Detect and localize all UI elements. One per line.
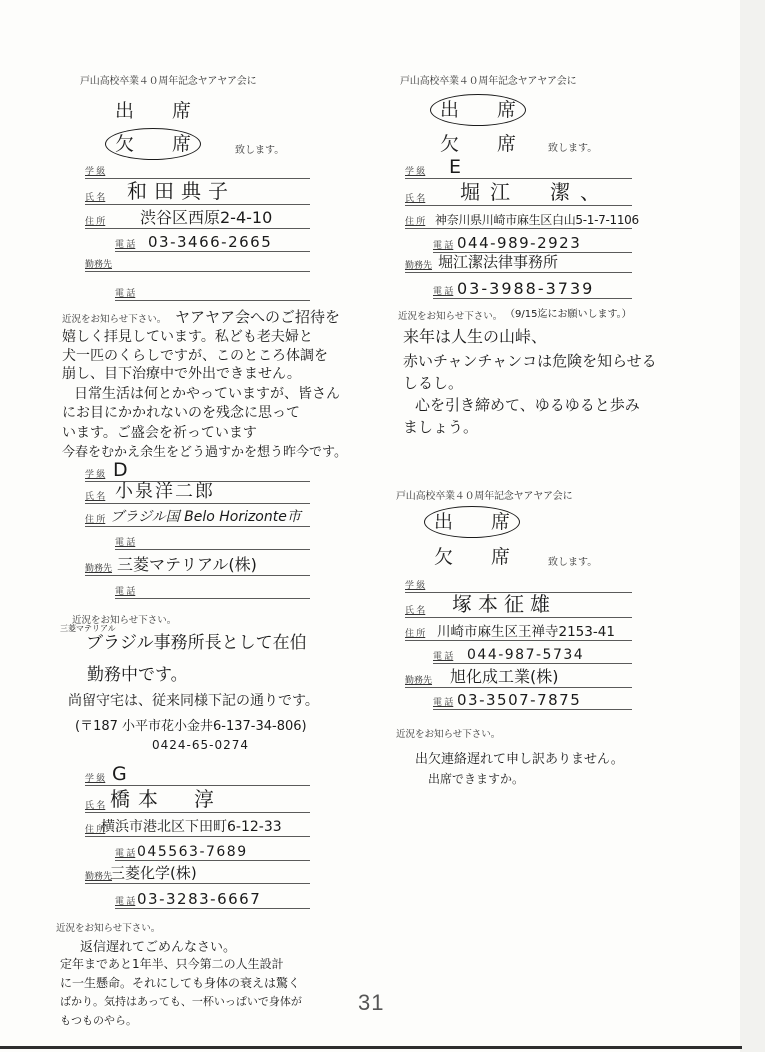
class-label: 学 級 (85, 467, 105, 480)
address-field[interactable]: 住 所 渋谷区西原2-4-10 (85, 206, 310, 229)
class-label: 学 級 (405, 164, 425, 177)
workplace-label: 勤務先 (85, 561, 112, 574)
workplace-label: 勤務先 (85, 869, 112, 882)
workplace-field[interactable]: 勤務先 堀江潔法律事務所 (405, 250, 632, 273)
news-line: 出席できますか。 (428, 770, 524, 787)
name-field[interactable]: 氏 名 和田典子 (85, 182, 310, 205)
workplace-label: 勤務先 (85, 257, 112, 270)
name-value: 和田典子 (127, 175, 235, 204)
address-value: 川崎市麻生区王禅寺2153-41 (437, 620, 615, 640)
work-phone-label: 電 話 (115, 894, 135, 907)
news-line: 崩し、目下治療中で外出できません。 (62, 363, 301, 383)
work-phone-label: 電 話 (433, 695, 453, 708)
attend-option[interactable]: 出 席 (424, 506, 520, 538)
class-label: 学 級 (405, 578, 425, 591)
name-label: 氏 名 (405, 603, 425, 616)
workplace-field[interactable]: 勤務先 三菱化学(株) (85, 861, 310, 884)
news-deadline-note: （9/15迄にお願いします。） (505, 305, 632, 320)
news-line: 赤いチャンチャンコは危険を知らせる (403, 350, 657, 371)
scan-bottom-edge (0, 1046, 742, 1049)
workplace-value: 三菱マテリアル(株) (117, 552, 257, 575)
workplace-value: 旭化成工業(株) (450, 664, 559, 687)
name-value: 塚本征雄 (452, 588, 556, 617)
news-line: 嬉しく拝見しています。私ども老夫婦と (62, 326, 313, 346)
news-prompt: 近況をお知らせ下さい。 (56, 920, 160, 934)
work-phone-label: 電 話 (115, 584, 135, 597)
phone-field[interactable]: 電 話 (115, 527, 310, 550)
news-line: 出欠連絡遅れて申し訳ありません。 (415, 748, 624, 767)
card-header: 戸山高校卒業４０周年記念ヤアヤア会に (400, 72, 576, 87)
news-line: 0424-65-0274 (152, 738, 249, 752)
news-line: 日常生活は何とかやっていますが、皆さん (74, 383, 340, 403)
news-line: います。ご盛会を祈っています (62, 422, 257, 442)
work-phone-value: 03-3507-7875 (457, 691, 581, 709)
address-label: 住 所 (405, 626, 425, 639)
attend-option[interactable]: 出 席 (430, 94, 526, 126)
work-phone-field[interactable]: 電 話 03-3507-7875 (433, 687, 632, 710)
name-value: 堀江 潔、 (460, 176, 610, 205)
phone-label: 電 話 (433, 649, 453, 662)
address-field[interactable]: 住 所 ブラジル国 Belo Horizonte市 (85, 504, 310, 527)
address-value: 渋谷区西原2-4-10 (140, 205, 272, 228)
news-line: 返信遅れてごめんなさい。 (80, 936, 236, 955)
page-number: 31 (358, 990, 384, 1016)
work-phone-field[interactable]: 電 話 (115, 278, 310, 301)
name-field[interactable]: 氏 名 小泉洋二郎 (85, 481, 310, 504)
news-prompt: 近況をお知らせ下さい。 (398, 308, 502, 322)
address-field[interactable]: 住 所 神奈川県川崎市麻生区白山5-1-7-1106 (405, 206, 632, 229)
name-label: 氏 名 (85, 489, 105, 502)
phone-value: 045563-7689 (137, 844, 248, 860)
class-label: 学 級 (85, 164, 105, 177)
name-label: 氏 名 (405, 191, 425, 204)
news-line: 今春をむかえ余生をどう過すかを想う昨今です。 (62, 441, 347, 460)
work-phone-field[interactable]: 電 話 03-3283-6667 (115, 886, 310, 909)
workplace-field[interactable]: 勤務先 三菱マテリアル(株) (85, 553, 310, 576)
address-field[interactable]: 住 所 川崎市麻生区王禅寺2153-41 (405, 618, 632, 641)
news-line: ばかり。気持はあっても、一杯いっぱいで身体が (60, 993, 302, 1009)
news-line: ヤアヤア会へのご招待を (175, 306, 340, 327)
workplace-label: 勤務先 (405, 673, 432, 686)
news-line: 尚留守宅は、従来同様下記の通りです。 (68, 690, 319, 710)
work-phone-label: 電 話 (115, 286, 135, 299)
news-line: 心を引き締めて、ゆるゆると歩み (415, 394, 640, 415)
attend-suffix: 致します。 (548, 139, 597, 154)
news-line: に一生懸命。それにしても身体の衰えは驚く (60, 974, 300, 991)
scan-edge-strip (740, 0, 765, 1052)
name-value: 小泉洋二郎 (115, 477, 215, 503)
work-phone-field[interactable]: 電 話 03-3988-3739 (433, 276, 632, 299)
news-prompt: 近況をお知らせ下さい。 (62, 311, 166, 325)
address-label: 住 所 (85, 512, 105, 525)
work-phone-value: 03-3988-3739 (457, 279, 594, 298)
phone-label: 電 話 (115, 535, 135, 548)
news-line: ましょう。 (403, 416, 478, 437)
attend-option[interactable]: 出 席 (105, 95, 201, 127)
address-value: 神奈川県川崎市麻生区白山5-1-7-1106 (435, 211, 639, 228)
workplace-value: 堀江潔法律事務所 (438, 251, 558, 272)
news-line: (〒187 小平市花小金井6-137-34-806) (75, 715, 307, 734)
address-label: 住 所 (85, 214, 105, 227)
news-prompt: 近況をお知らせ下さい。 (396, 726, 500, 740)
workplace-field[interactable]: 勤務先 (85, 249, 310, 272)
work-phone-value: 03-3283-6667 (137, 890, 261, 908)
phone-field[interactable]: 電 話 044-987-5734 (433, 641, 632, 664)
class-value: E (449, 156, 461, 178)
name-value: 橋本 淳 (110, 783, 222, 812)
name-label: 氏 名 (85, 798, 105, 811)
work-phone-label: 電 話 (433, 284, 453, 297)
address-value: 横浜市港北区下田町6-12-33 (101, 816, 282, 836)
name-field[interactable]: 氏 名 堀江 潔、 (405, 183, 632, 206)
news-line: ブラジル事務所長として在伯 (86, 628, 307, 653)
name-field[interactable]: 氏 名 塚本征雄 (405, 595, 632, 618)
name-field[interactable]: 氏 名 橋本 淳 (85, 790, 310, 813)
card-header: 戸山高校卒業４０周年記念ヤアヤア会に (80, 72, 256, 87)
news-line: にお目にかかれないのを残念に思って (62, 402, 300, 422)
phone-label: 電 話 (115, 846, 135, 859)
card-header: 戸山高校卒業４０周年記念ヤアヤア会に (396, 487, 572, 502)
news-line: 犬一匹のくらしですが、このところ体調を (62, 345, 328, 365)
absent-option[interactable]: 欠 席 (424, 541, 520, 573)
attend-suffix: 致します。 (235, 141, 284, 156)
workplace-field[interactable]: 勤務先 旭化成工業(株) (405, 665, 632, 688)
attend-suffix: 致します。 (548, 553, 597, 568)
work-phone-field[interactable]: 電 話 (115, 576, 310, 599)
class-label: 学 級 (85, 771, 105, 784)
news-line: 勤務中です。 (87, 660, 188, 685)
news-line: もつものやら。 (60, 1012, 137, 1028)
address-value: ブラジル国 Belo Horizonte市 (110, 506, 301, 526)
phone-value: 044-987-5734 (467, 647, 584, 663)
news-line: 来年は人生の山峠、 (403, 324, 547, 347)
workplace-label: 勤務先 (405, 258, 432, 271)
news-line: しるし。 (403, 372, 463, 393)
address-label: 住 所 (405, 214, 425, 227)
name-label: 氏 名 (85, 190, 105, 203)
workplace-value: 三菱化学(株) (110, 862, 197, 883)
phone-field[interactable]: 電 話 045563-7689 (115, 838, 310, 861)
address-field[interactable]: 住 所 横浜市港北区下田町6-12-33 (85, 814, 310, 837)
class-value: G (112, 763, 127, 785)
news-line: 定年まであと1年半、只今第二の人生設計 (60, 955, 284, 972)
